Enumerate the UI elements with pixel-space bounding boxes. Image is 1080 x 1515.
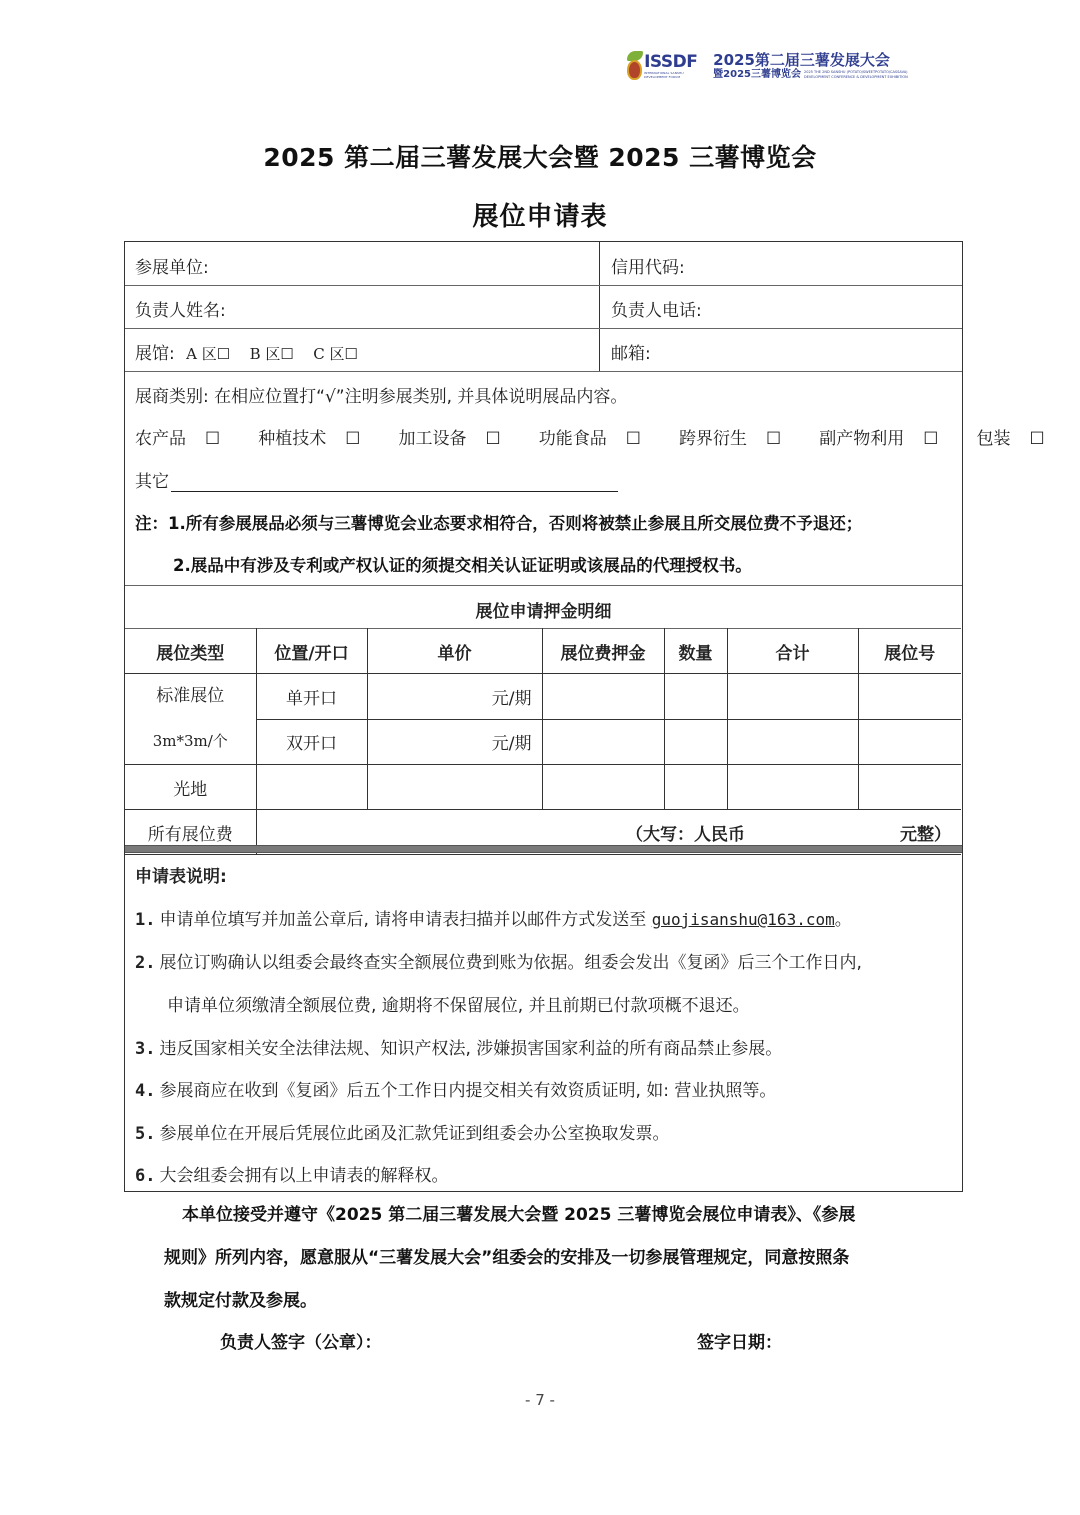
unit-price-cell[interactable]: 元/期 (367, 674, 542, 720)
instruction-item: 4.参展商应在收到《复函》后五个工作日内提交相关有效资质证明, 如: 营业执照等… (135, 1076, 776, 1101)
checkbox-icon[interactable]: ☐ (280, 345, 293, 363)
unit-price-cell[interactable] (367, 765, 542, 810)
instruction-item: 3.违反国家相关安全法律法规、知识产权法, 涉嫌损害国家利益的所有商品禁止参展。 (135, 1034, 782, 1059)
category-option-equipment[interactable]: 加工设备☐ (399, 424, 520, 449)
deposit-title-row: 展位申请押金明细 (125, 586, 962, 628)
checkbox-icon: ☐ (486, 429, 501, 449)
instruction-item: 6.大会组委会拥有以上申请表的解释权。 (135, 1161, 448, 1186)
category-other: 其它 (135, 467, 618, 492)
col-header-quantity: 数量 (664, 629, 727, 674)
hall-selector: 展馆: A 区☐ B 区☐ C 区☐ (135, 339, 358, 364)
logo-line2: 暨2025三薯博览会 (713, 69, 801, 81)
opening-cell: 单开口 (256, 674, 367, 720)
section-divider (125, 845, 962, 853)
col-header-opening: 位置/开口 (256, 629, 367, 674)
checkbox-icon[interactable]: ☐ (345, 345, 358, 363)
checkbox-icon: ☐ (923, 429, 938, 449)
amount-prefix: （大写：人民币 (626, 820, 745, 845)
checkbox-icon: ☐ (205, 429, 220, 449)
other-input[interactable] (171, 474, 618, 492)
total-cell[interactable] (727, 674, 858, 720)
exhibitor-company-field[interactable]: 参展单位: (135, 253, 209, 278)
email-link[interactable]: guojisanshu@163.com (652, 910, 835, 929)
instruction-item: 5.参展单位在开展后凭展位此函及汇款凭证到组委会办公室换取发票。 (135, 1119, 669, 1144)
logo-line1: 2025第二届三薯发展大会 (713, 52, 916, 69)
checkbox-icon[interactable]: ☐ (217, 345, 230, 363)
hall-option-a[interactable]: A 区☐ (186, 345, 230, 363)
quantity-cell[interactable] (664, 674, 727, 720)
category-instruction: 展商类别: 在相应位置打“√”注明参展类别, 并具体说明展品内容。 (135, 382, 627, 407)
deposit-table-title: 展位申请押金明细 (125, 597, 962, 622)
logo-acronym: ISSDF (644, 53, 707, 71)
declaration-line-3: 款规定付款及参展。 (164, 1286, 317, 1311)
logo-acronym-sub: INTERNATIONAL SANSHU DEVELOPMENT FORUM (644, 71, 707, 79)
col-header-total: 合计 (727, 629, 858, 674)
logo-acronym-block: ISSDF INTERNATIONAL SANSHU DEVELOPMENT F… (644, 53, 707, 79)
category-option-agri[interactable]: 农产品☐ (135, 424, 239, 449)
table-row: 标准展位 3m*3m/个 单开口 元/期 (125, 674, 961, 720)
table-header-row: 展位类型 位置/开口 单价 展位费押金 数量 合计 展位号 (125, 629, 961, 674)
total-cell[interactable] (727, 765, 858, 810)
hall-option-b[interactable]: B 区☐ (250, 345, 294, 363)
category-option-byproduct[interactable]: 副产物利用☐ (819, 424, 957, 449)
sweet-potato-logo-icon (624, 51, 642, 81)
total-cell[interactable] (727, 719, 858, 765)
contact-name-field[interactable]: 负责人姓名: (135, 296, 226, 321)
booth-no-cell[interactable] (858, 765, 961, 810)
document-subtitle: 展位申请表 (0, 196, 1080, 233)
category-options: 农产品☐ 种植技术☐ 加工设备☐ 功能食品☐ 跨界衍生☐ 副产物利用☐ 包装☐ … (135, 424, 1080, 449)
instruction-item: 1.申请单位填写并加盖公章后, 请将申请表扫描并以邮件方式发送至 guojisa… (135, 905, 852, 930)
email-field[interactable]: 邮箱: (611, 339, 651, 364)
standard-booth-type: 标准展位 3m*3m/个 (125, 674, 256, 765)
application-form: 参展单位: 信用代码: 负责人姓名: 负责人电话: 展馆: A 区☐ B 区☐ … (124, 241, 963, 1192)
col-header-deposit: 展位费押金 (542, 629, 664, 674)
booth-no-cell[interactable] (858, 719, 961, 765)
deposit-cell[interactable] (542, 674, 664, 720)
page-number: - 7 - (0, 1391, 1080, 1409)
opening-cell: 双开口 (256, 719, 367, 765)
category-option-crossover[interactable]: 跨界衍生☐ (679, 424, 800, 449)
declaration-line-2: 规则》所列内容，愿意服从“三薯发展大会”组委会的安排及一切参展管理规定，同意按照… (164, 1243, 849, 1268)
other-label: 其它 (135, 467, 169, 492)
category-option-food[interactable]: 功能食品☐ (539, 424, 660, 449)
opening-cell[interactable] (256, 765, 367, 810)
signature-date-field[interactable]: 签字日期： (697, 1328, 782, 1353)
signer-signature-field[interactable]: 负责人签字（公章）： (220, 1328, 382, 1353)
quantity-cell[interactable] (664, 765, 727, 810)
form-row-contact: 负责人姓名: 负责人电话: (125, 286, 962, 329)
form-row-hall: 展馆: A 区☐ B 区☐ C 区☐ 邮箱: (125, 329, 962, 372)
declaration-line-1: 本单位接受并遵守《2025 第二届三薯发展大会暨 2025 三薯博览会展位申请表… (182, 1200, 855, 1225)
deposit-cell[interactable] (542, 719, 664, 765)
contact-phone-field[interactable]: 负责人电话: (611, 296, 702, 321)
logo-text-block: 2025第二届三薯发展大会 暨2025三薯博览会 2025 THE 2ND SA… (713, 52, 916, 81)
raw-space-type: 光地 (125, 765, 256, 810)
col-header-unit-price: 单价 (367, 629, 542, 674)
checkbox-icon: ☐ (345, 429, 360, 449)
amount-suffix: 元整） (900, 820, 951, 845)
form-row-category: 展商类别: 在相应位置打“√”注明参展类别, 并具体说明展品内容。 农产品☐ 种… (125, 372, 962, 586)
amount-value[interactable] (745, 820, 900, 845)
logo-english: 2025 THE 2ND SANSHU (POTATO/SWEETPOTATO/… (804, 70, 916, 79)
instruction-item-cont: 申请单位须缴清全额展位费, 逾期将不保留展位, 并且前期已付款项概不退还。 (167, 991, 750, 1016)
instruction-item: 2.展位订购确认以组委会最终查实全额展位费到账为依据。组委会发出《复函》后三个工… (135, 948, 862, 973)
checkbox-icon: ☐ (1030, 429, 1045, 449)
deposit-table: 展位类型 位置/开口 单价 展位费押金 数量 合计 展位号 标准展位 3m*3m… (125, 628, 961, 855)
event-logo: ISSDF INTERNATIONAL SANSHU DEVELOPMENT F… (624, 48, 916, 84)
category-option-packaging[interactable]: 包装☐ (977, 424, 1064, 449)
credit-code-field[interactable]: 信用代码: (611, 253, 685, 278)
hall-option-c[interactable]: C 区☐ (313, 345, 358, 363)
note-2: 2.展品中有涉及专利或产权认证的须提交相关认证证明或该展品的代理授权书。 (173, 552, 752, 576)
hall-label: 展馆: (135, 344, 175, 364)
col-header-booth-no: 展位号 (858, 629, 961, 674)
instructions-title: 申请表说明: (135, 862, 227, 887)
document-title: 2025 第二届三薯发展大会暨 2025 三薯博览会 (0, 138, 1080, 174)
checkbox-icon: ☐ (766, 429, 781, 449)
form-row-company: 参展单位: 信用代码: (125, 242, 962, 286)
unit-price-cell[interactable]: 元/期 (367, 719, 542, 765)
checkbox-icon: ☐ (626, 429, 641, 449)
deposit-cell[interactable] (542, 765, 664, 810)
booth-no-cell[interactable] (858, 674, 961, 720)
category-option-planting[interactable]: 种植技术☐ (258, 424, 379, 449)
note-1: 注：1.所有参展展品必须与三薯博览会业态要求相符合，否则将被禁止参展且所交展位费… (135, 510, 862, 534)
quantity-cell[interactable] (664, 719, 727, 765)
table-row: 光地 (125, 765, 961, 810)
col-header-type: 展位类型 (125, 629, 256, 674)
